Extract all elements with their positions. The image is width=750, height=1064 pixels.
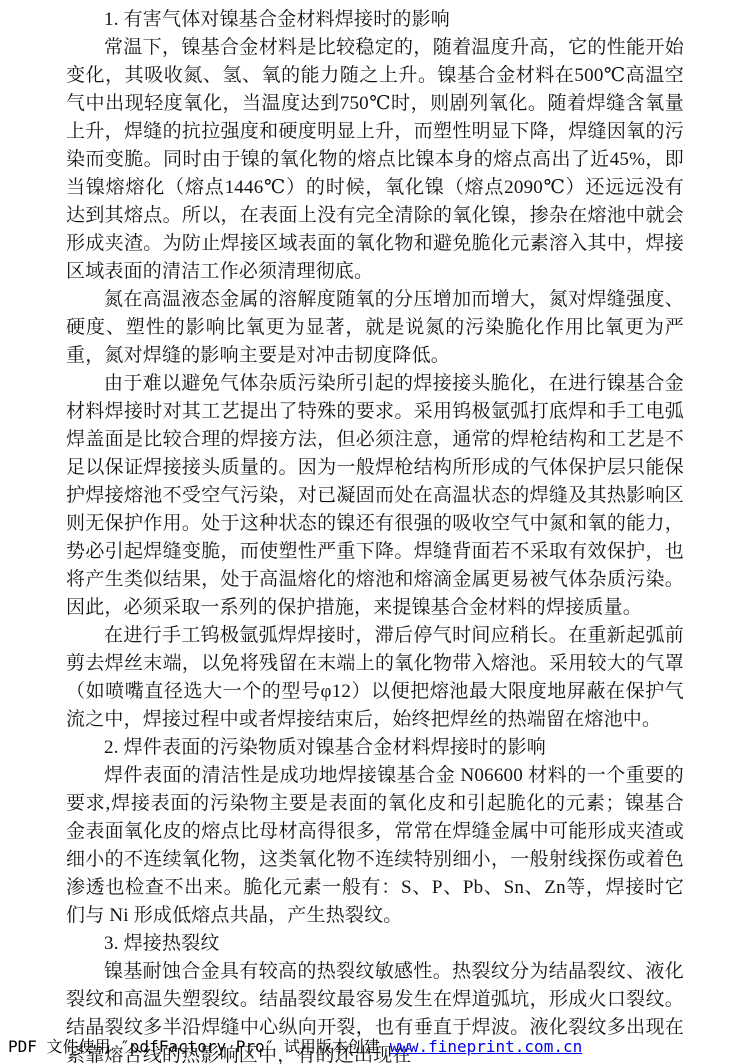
paragraph-process-requirements: 由于难以避免气体杂质污染所引起的焊接接头脆化，在进行镍基合金材料焊接时对其工艺提… <box>66 370 684 622</box>
paragraph-surface-contamination: 焊件表面的清洁性是成功地焊接镍基合金 N06600 材料的一个重要的要求,焊接表… <box>66 762 684 930</box>
pdf-page: 1. 有害气体对镍基合金材料焊接时的影响 常温下，镍基合金材料是比较稳定的，随着… <box>66 6 684 1064</box>
pdffactory-trial-footer: PDF 文件使用 ″pdfFactory Pro″ 试用版本创建 www.fin… <box>8 1034 582 1057</box>
fineprint-link[interactable]: www.fineprint.com.cn <box>390 1037 583 1056</box>
paragraph-harmful-gas-1: 常温下，镍基合金材料是比较稳定的，随着温度升高，它的性能开始变化，其吸收氮、氢、… <box>66 34 684 286</box>
section-heading-1: 1. 有害气体对镍基合金材料焊接时的影响 <box>66 6 684 34</box>
section-heading-3: 3. 焊接热裂纹 <box>66 930 684 958</box>
footer-text: PDF 文件使用 ″pdfFactory Pro″ 试用版本创建 <box>8 1037 390 1056</box>
section-heading-2: 2. 焊件表面的污染物质对镍基合金材料焊接时的影响 <box>66 734 684 762</box>
paragraph-nitrogen-effect: 氮在高温液态金属的溶解度随氧的分压增加而增大，氮对焊缝强度、硬度、塑性的影响比氧… <box>66 286 684 370</box>
paragraph-tig-technique: 在进行手工钨极氩弧焊焊接时，滞后停气时间应稍长。在重新起弧前剪去焊丝末端，以免将… <box>66 622 684 734</box>
